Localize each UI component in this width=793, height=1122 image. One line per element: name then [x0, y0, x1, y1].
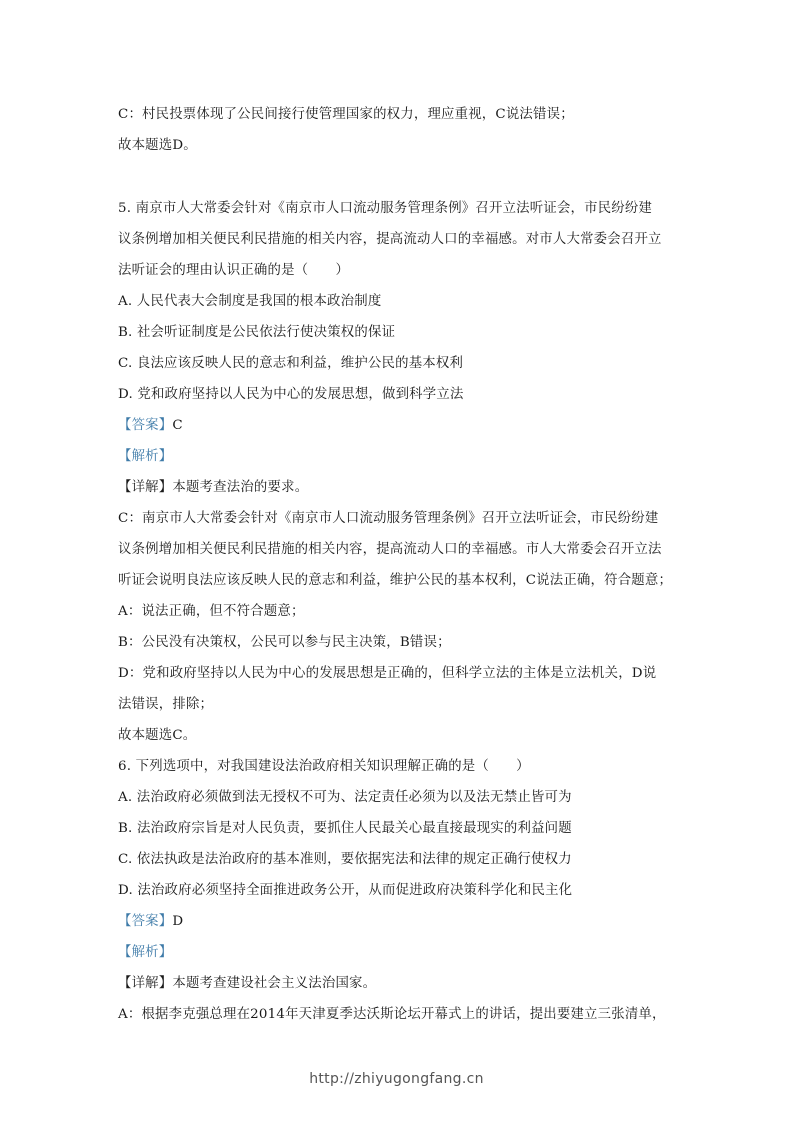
prev-conclusion: 故本题选D。	[118, 137, 197, 155]
q5-explanation-line-7: 法错误，排除；	[118, 696, 213, 714]
q6-analysis-label: 【解析】	[118, 945, 172, 960]
q6-option-a: A. 法治政府必须做到法无授权不可为、法定责任必须为以及法无禁止皆可为	[118, 789, 572, 807]
q6-explanation-line-1: A：根据李克强总理在2014年天津夏季达沃斯论坛开幕式上的讲话，提出要建立三张清…	[118, 1006, 666, 1024]
q6-detail-intro: 本题考查建设社会主义法治国家。	[172, 976, 376, 991]
q5-option-a: A. 人民代表大会制度是我国的根本政治制度	[118, 293, 381, 311]
q6-option-c: C. 依法执政是法治政府的基本准则，要依据宪法和法律的规定正确行使权力	[118, 851, 572, 869]
footer-url[interactable]: http://zhiyugongfang.cn	[0, 1071, 793, 1087]
q5-option-b: B. 社会听证制度是公民依法行使决策权的保证	[118, 324, 395, 342]
q5-explanation-line-1: C：南京市人大常委会针对《南京市人口流动服务管理条例》召开立法听证会，市民纷纷建	[118, 510, 658, 528]
q6-answer: 【答案】D	[118, 913, 183, 931]
q5-explanation-line-3: 听证会说明良法应该反映人民的意志和利益，维护公民的基本权利，C说法正确，符合题意…	[118, 572, 672, 590]
q6-answer-value: D	[172, 914, 183, 929]
prev-explanation-c: C：村民投票体现了公民间接行使管理国家的权力，理应重视，C说法错误；	[118, 106, 574, 124]
q6-option-d: D. 法治政府必须坚持全面推进政务公开，从而促进政府决策科学化和民主化	[118, 882, 572, 900]
q5-explanation-line-6: D：党和政府坚持以人民为中心的发展思想是正确的，但科学立法的主体是立法机关，D说	[118, 665, 656, 683]
q5-stem-line-2: 议条例增加相关便民利民措施的相关内容，提高流动人口的幸福感。对市人大常委会召开立	[118, 231, 662, 249]
q5-option-d: D. 党和政府坚持以人民为中心的发展思想，做到科学立法	[118, 386, 464, 404]
q5-explanation-line-2: 议条例增加相关便民利民措施的相关内容，提高流动人口的幸福感。市人大常委会召开立法	[118, 541, 662, 559]
q5-conclusion: 故本题选C。	[118, 727, 196, 745]
q6-analysis: 【解析】	[118, 944, 172, 962]
q5-option-c: C. 良法应该反映人民的意志和利益，维护公民的基本权利	[118, 355, 463, 373]
q5-detail-label: 【详解】	[118, 480, 172, 495]
q6-option-b: B. 法治政府宗旨是对人民负责，要抓住人民最关心最直接最现实的利益问题	[118, 820, 572, 838]
q6-answer-label: 【答案】	[118, 914, 172, 929]
q6-stem: 6. 下列选项中，对我国建设法治政府相关知识理解正确的是（ ）	[118, 758, 530, 776]
q5-answer-value: C	[172, 418, 182, 433]
q6-detail: 【详解】本题考查建设社会主义法治国家。	[118, 975, 376, 993]
q5-explanation-line-5: B：公民没有决策权，公民可以参与民主决策，B错误；	[118, 634, 451, 652]
q5-analysis: 【解析】	[118, 448, 172, 466]
q5-detail-intro: 本题考查法治的要求。	[172, 480, 308, 495]
q5-stem-line-3: 法听证会的理由认识正确的是（ ）	[118, 262, 349, 280]
q5-analysis-label: 【解析】	[118, 449, 172, 464]
q5-answer-label: 【答案】	[118, 418, 172, 433]
q5-answer: 【答案】C	[118, 417, 183, 435]
q5-explanation-line-4: A：说法正确，但不符合题意；	[118, 603, 305, 621]
q6-detail-label: 【详解】	[118, 976, 172, 991]
q5-detail: 【详解】本题考查法治的要求。	[118, 479, 308, 497]
q5-stem-line-1: 5. 南京市人大常委会针对《南京市人口流动服务管理条例》召开立法听证会，市民纷纷…	[118, 200, 652, 218]
